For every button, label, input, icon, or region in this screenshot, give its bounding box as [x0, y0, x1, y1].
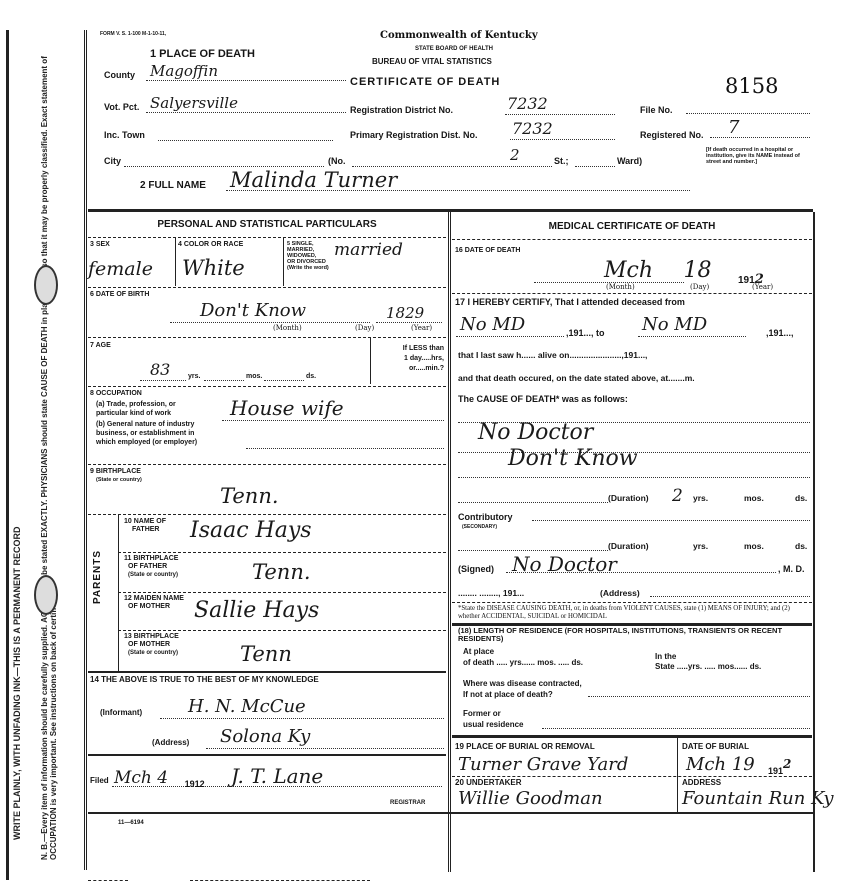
- cause-of-death-label: The CAUSE OF DEATH* was as follows:: [458, 394, 628, 404]
- form-code: 11—6194: [118, 820, 144, 826]
- burial-date-value[interactable]: Mch 19: [686, 754, 755, 775]
- column-divider: [448, 212, 451, 872]
- md-label: , M. D.: [778, 564, 805, 574]
- informant-address-field[interactable]: Solona Ky: [206, 738, 444, 749]
- registration-district-field[interactable]: 7232: [505, 102, 615, 115]
- filed-date-value: Mch 4: [114, 768, 168, 788]
- file-no-field[interactable]: [686, 103, 810, 114]
- rule: [677, 738, 678, 812]
- label-line: FATHER: [124, 526, 166, 534]
- label-line: 13 BIRTHPLACE: [124, 633, 179, 641]
- secondary-label: (SECONDARY): [462, 524, 497, 530]
- registration-district-label: Registration District No.: [350, 105, 453, 115]
- burial-year-suffix: 2: [783, 757, 791, 771]
- attended-to-field[interactable]: No MD: [638, 328, 746, 337]
- rule: [118, 515, 119, 671]
- burial-date-label: DATE OF BURIAL: [682, 742, 749, 751]
- dod-month: Mch: [604, 258, 653, 283]
- duration-label: (Duration): [608, 493, 649, 503]
- age-label: 7 AGE: [90, 342, 111, 349]
- cause-footnote: *State the DISEASE CAUSING DEATH, or, in…: [458, 605, 810, 621]
- informant-field[interactable]: H. N. McCue: [160, 708, 444, 719]
- file-no-label: File No.: [640, 105, 673, 115]
- dob-label: 6 DATE OF BIRTH: [90, 291, 149, 298]
- dob-field[interactable]: Don't Know: [170, 310, 370, 323]
- attended-to-value: No MD: [642, 314, 707, 335]
- signed-label: (Signed): [458, 564, 494, 574]
- occupation-b-line: (b) General nature of industry: [96, 420, 197, 429]
- contributory-line-2[interactable]: [458, 548, 608, 551]
- father-name-value[interactable]: Isaac Hays: [190, 518, 312, 543]
- occupation-b-field[interactable]: [246, 446, 444, 449]
- duration-yrs: yrs.: [693, 493, 708, 503]
- date-of-death-field[interactable]: Mch 18: [534, 274, 684, 283]
- label-line: 11 BIRTHPLACE: [124, 555, 178, 563]
- less-than-day: If LESS than 1 day.....hrs, or.....min.?: [376, 344, 444, 374]
- label-line: Where was disease contracted,: [463, 678, 582, 689]
- personal-heading: PERSONAL AND STATISTICAL PARTICULARS: [88, 219, 446, 230]
- rule: [283, 238, 284, 286]
- burial-year-prefix: 191: [768, 766, 783, 776]
- registered-no-field[interactable]: 7: [710, 127, 810, 138]
- former-residence-label: Former or usual residence: [463, 708, 523, 730]
- rule: [452, 776, 812, 777]
- ward-field[interactable]: [575, 154, 615, 167]
- filed-field[interactable]: Mch 4 1912 J. T. Lane: [112, 776, 442, 787]
- age-value: 83: [150, 360, 170, 379]
- year-caption: (Year): [752, 283, 773, 291]
- in-the-label: In the: [655, 652, 676, 661]
- contributory-ds: ds.: [795, 541, 807, 551]
- informant-value: H. N. McCue: [188, 696, 306, 717]
- undertaker-address-label: ADDRESS: [682, 778, 721, 787]
- label-line: usual residence: [463, 719, 523, 730]
- street-no-label: (No.: [328, 156, 346, 166]
- vot-pct-field[interactable]: Salyersville: [146, 100, 346, 113]
- age-months-field[interactable]: [204, 372, 244, 381]
- mother-birthplace-value[interactable]: Tenn: [240, 642, 292, 666]
- registrar-label: REGISTRAR: [390, 800, 425, 806]
- death-occurred-line: and that death occured, on the date stat…: [458, 373, 695, 383]
- rule: [88, 464, 446, 465]
- less-than-line: If LESS than: [376, 344, 444, 354]
- rule: [88, 337, 446, 338]
- undertaker-address-value[interactable]: Fountain Run Ky: [682, 788, 834, 809]
- last-saw-line: that I last saw h...... alive on........…: [458, 350, 647, 360]
- year-caption: (Year): [411, 324, 432, 332]
- duration-ds: ds.: [795, 493, 807, 503]
- dob-year-field[interactable]: 1829: [376, 310, 442, 323]
- state-residence: State .....yrs. ..... mos...... ds.: [655, 662, 761, 671]
- marital-line: (Write the word): [287, 265, 329, 271]
- rule: [452, 239, 812, 240]
- birthplace-value[interactable]: Tenn.: [220, 484, 279, 508]
- stamp-number: 8158: [725, 74, 778, 98]
- certificate-title: CERTIFICATE OF DEATH: [350, 76, 500, 88]
- at-place-label: At place: [463, 647, 494, 656]
- filed-label: Filed: [90, 776, 109, 785]
- informant-address-value: Solona Ky: [220, 726, 310, 747]
- medical-heading: MEDICAL CERTIFICATE OF DEATH: [452, 221, 812, 232]
- primary-registration-value: 7232: [512, 119, 553, 138]
- occupation-a-value: House wife: [230, 396, 344, 420]
- county-field[interactable]: Magoffin: [146, 68, 346, 81]
- birthplace-sublabel: (State or country): [96, 477, 142, 483]
- less-than-line: or.....min.?: [376, 364, 444, 374]
- label-line: OF MOTHER: [124, 641, 179, 649]
- where-contracted-field[interactable]: [588, 694, 810, 697]
- filed-year: 1912: [185, 779, 205, 789]
- rule: [88, 514, 446, 515]
- county-label: County: [104, 70, 135, 80]
- birthplace-label: 9 BIRTHPLACE: [90, 468, 141, 475]
- occupation-a-field[interactable]: House wife: [222, 410, 444, 421]
- label-line: 12 MAIDEN NAME: [124, 595, 184, 603]
- occupation-a-line: particular kind of work: [96, 409, 176, 418]
- residence-heading: (18) LENGTH OF RESIDENCE (FOR HOSPITALS,…: [458, 627, 810, 643]
- to-suffix: ,191...,: [766, 328, 794, 338]
- inc-town-field[interactable]: [158, 128, 333, 141]
- margin-border-line: [6, 30, 9, 880]
- rule: [118, 592, 446, 593]
- less-than-line: 1 day.....hrs,: [376, 354, 444, 364]
- rule: [175, 238, 176, 286]
- street-label: St.;: [554, 156, 569, 166]
- margin-inner-note: N. B.—Every item of information should b…: [40, 40, 74, 860]
- rule: [88, 386, 446, 387]
- punch-hole-top: [34, 265, 58, 305]
- label-line: OF FATHER: [124, 563, 178, 571]
- month-caption: (Month): [606, 283, 635, 291]
- street-value: 2: [510, 146, 520, 164]
- informant-label: (Informant): [100, 708, 142, 717]
- age-mos-unit: mos.: [246, 373, 262, 380]
- color-race-label: 4 COLOR OR RACE: [178, 241, 243, 248]
- city-field[interactable]: [124, 154, 324, 167]
- undertaker-label: 20 UNDERTAKER: [455, 778, 522, 787]
- age-years-field[interactable]: 83: [140, 372, 186, 381]
- vot-pct-label: Vot. Pct.: [104, 102, 139, 112]
- cause-line-3[interactable]: [458, 475, 810, 478]
- undertaker-value[interactable]: Willie Goodman: [458, 788, 603, 809]
- rule: [370, 338, 371, 384]
- bureau-name: BUREAU OF VITAL STATISTICS: [372, 57, 492, 66]
- sign-date: ........ ........, 191...: [458, 588, 524, 598]
- scan-artifact-line: [190, 880, 370, 881]
- occupation-b-line: which employed (or employer): [96, 438, 197, 447]
- commonwealth-title: Commonwealth of Kentucky: [380, 30, 538, 41]
- attended-from-field[interactable]: No MD: [456, 328, 564, 337]
- address-label: (Address): [152, 738, 189, 747]
- mother-name-value[interactable]: Sallie Hays: [194, 598, 319, 623]
- contributory-yrs: yrs.: [693, 541, 708, 551]
- label-line: Former or: [463, 708, 523, 719]
- contributory-field[interactable]: [532, 518, 810, 521]
- age-yrs-unit: yrs.: [188, 373, 200, 380]
- cause-value-1: No Doctor: [478, 420, 593, 445]
- mother-name-label: 12 MAIDEN NAME OF MOTHER: [124, 595, 184, 611]
- age-ds-unit: ds.: [306, 373, 316, 380]
- primary-registration-field[interactable]: 7232: [510, 127, 615, 140]
- burial-place-label: 19 PLACE OF BURIAL OR REMOVAL: [455, 742, 595, 751]
- inc-town-label: Inc. Town: [104, 130, 145, 140]
- full-name-label: 2 FULL NAME: [140, 180, 206, 191]
- registered-no-value: 7: [728, 117, 739, 138]
- father-birthplace-value[interactable]: Tenn.: [252, 560, 311, 584]
- father-birthplace-label: 11 BIRTHPLACE OF FATHER (State or countr…: [124, 555, 178, 579]
- parents-label: PARENTS: [92, 550, 103, 604]
- rule: [88, 671, 446, 673]
- occupation-b-line: business, or establishment in: [96, 429, 197, 438]
- sex-value[interactable]: female: [88, 258, 153, 280]
- full-name-value: Malinda Turner: [230, 168, 397, 192]
- marital-value[interactable]: married: [334, 240, 403, 260]
- label-line: (State or country): [124, 571, 178, 579]
- duration-mos: mos.: [744, 493, 764, 503]
- attended-from-value: No MD: [460, 314, 525, 335]
- dob-month-day-value: Don't Know: [200, 300, 306, 321]
- primary-registration-label: Primary Registration Dist. No.: [350, 130, 478, 140]
- physician-address-field[interactable]: [650, 594, 810, 597]
- label-line: OF MOTHER: [124, 603, 184, 611]
- date-of-death-label: 16 DATE OF DEATH: [455, 247, 520, 254]
- contributory-duration-label: (Duration): [608, 541, 649, 551]
- sex-label: 3 SEX: [90, 241, 110, 248]
- age-days-field[interactable]: [264, 372, 304, 381]
- contributory-mos: mos.: [744, 541, 764, 551]
- marital-label: 5 SINGLE, MARRIED, WIDOWED, OR DIVORCED …: [287, 241, 329, 271]
- label-line: If not at place of death?: [463, 689, 582, 700]
- vot-pct-value: Salyersville: [150, 94, 238, 112]
- color-race-value[interactable]: White: [182, 256, 245, 280]
- month-caption: (Month): [273, 324, 302, 332]
- burial-year: 1912: [768, 763, 791, 777]
- father-name-label: 10 NAME OF FATHER: [124, 518, 166, 534]
- label-line: (State or country): [124, 649, 179, 657]
- cause-line-4[interactable]: [458, 500, 608, 503]
- dob-year-value: 1829: [386, 304, 424, 322]
- punch-hole-bottom: [34, 575, 58, 615]
- board-name: STATE BOARD OF HEALTH: [415, 46, 493, 52]
- form-left-border: [84, 30, 87, 870]
- rule: [452, 293, 812, 294]
- registered-no-label: Registered No.: [640, 130, 704, 140]
- form-number: FORM V. S. 1-100 M-1-10-11,: [100, 31, 166, 37]
- city-label: City: [104, 156, 121, 166]
- occupation-a-label: (a) Trade, profession, or particular kin…: [96, 400, 176, 418]
- occupation-a-line: (a) Trade, profession, or: [96, 400, 176, 409]
- hospital-note: [If death occurred in a hospital or inst…: [706, 147, 810, 165]
- signed-value: No Doctor: [512, 552, 617, 576]
- scan-artifact-line: [88, 880, 128, 881]
- true-statement: 14 THE ABOVE IS TRUE TO THE BEST OF MY K…: [90, 675, 319, 684]
- dod-day: 18: [683, 258, 711, 283]
- county-value: Magoffin: [150, 62, 218, 80]
- contributory-label: Contributory: [458, 512, 513, 522]
- place-of-death-residence: of death ..... yrs...... mos. ..... ds.: [463, 658, 583, 667]
- from-suffix: ,191..., to: [566, 328, 605, 338]
- certify-statement: 17 I HEREBY CERTIFY, That I attended dec…: [455, 297, 685, 307]
- where-contracted-label: Where was disease contracted, If not at …: [463, 678, 582, 700]
- rule: [88, 237, 446, 238]
- rule: [118, 552, 446, 553]
- street-field[interactable]: 2: [352, 154, 552, 167]
- form-right-border: [813, 212, 815, 872]
- ward-label: Ward): [617, 156, 642, 166]
- rule: [88, 287, 446, 288]
- rule: [452, 602, 812, 603]
- rule: [88, 754, 446, 756]
- full-name-field[interactable]: Malinda Turner: [226, 178, 690, 191]
- label-line: 10 NAME OF: [124, 518, 166, 526]
- mother-birthplace-label: 13 BIRTHPLACE OF MOTHER (State or countr…: [124, 633, 179, 657]
- day-caption: (Day): [355, 324, 374, 332]
- duration-value[interactable]: 2: [672, 486, 683, 506]
- rule: [452, 735, 812, 738]
- cause-value-2: Don't Know: [508, 446, 638, 471]
- former-residence-field[interactable]: [542, 726, 810, 729]
- bottom-rule: [88, 812, 813, 814]
- registrar-signature: J. T. Lane: [231, 764, 323, 788]
- margin-outer-note: WRITE PLAINLY, WITH UNFADING INK—THIS IS…: [12, 60, 22, 840]
- occupation-label: 8 OCCUPATION: [90, 390, 142, 397]
- rule: [118, 630, 446, 631]
- burial-place-value[interactable]: Turner Grave Yard: [458, 754, 628, 775]
- occupation-b-label: (b) General nature of industry business,…: [96, 420, 197, 447]
- physician-address-label: (Address): [600, 588, 640, 598]
- place-of-death-label: 1 PLACE OF DEATH: [150, 48, 255, 60]
- registration-district-value: 7232: [507, 94, 548, 113]
- day-caption: (Day): [690, 283, 709, 291]
